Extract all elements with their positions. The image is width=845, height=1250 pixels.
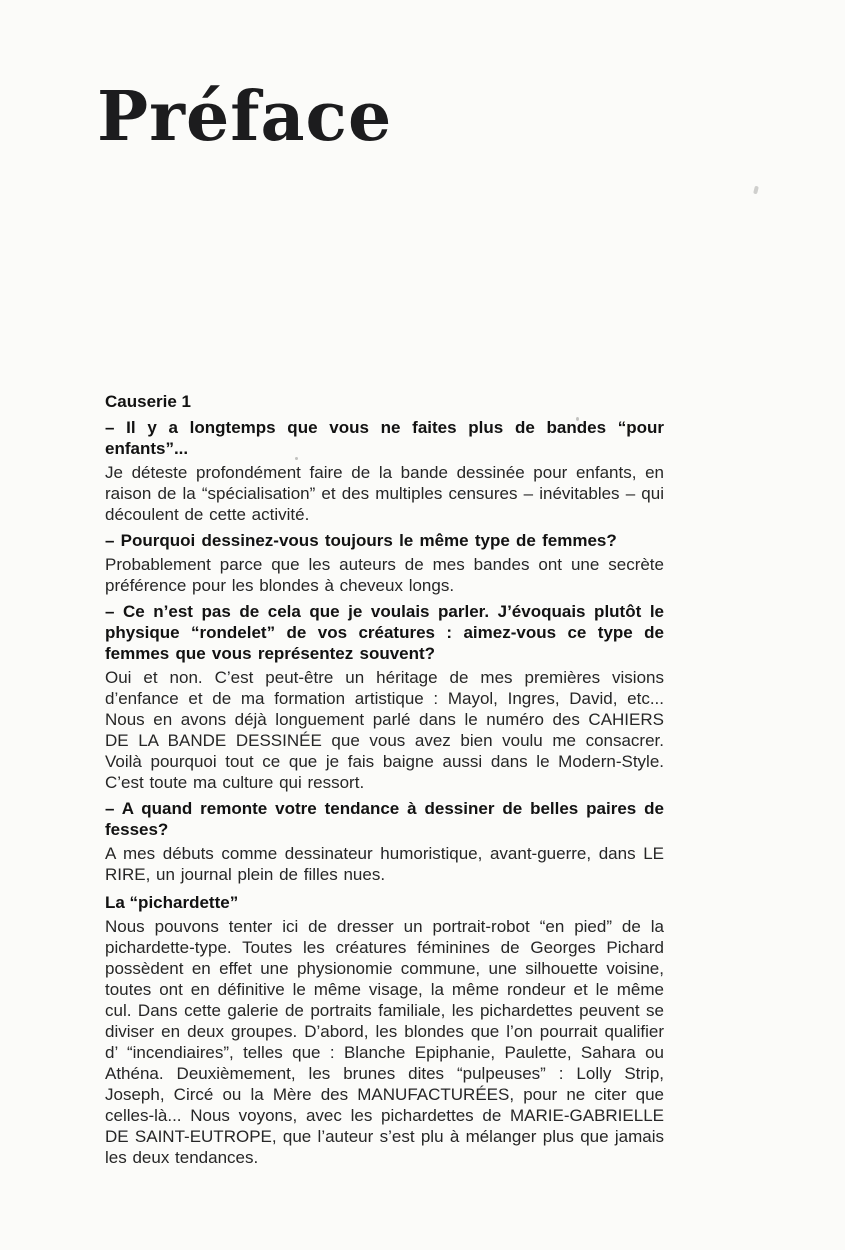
interview-answer-4: A mes débuts comme dessinateur humoristi… xyxy=(105,843,664,885)
section-heading-pichardette: La “pichardette” xyxy=(105,892,664,913)
scan-speck xyxy=(753,186,759,195)
interview-answer-1: Je déteste profondément faire de la band… xyxy=(105,462,664,525)
section-heading-causerie: Causerie 1 xyxy=(105,391,664,412)
scanned-book-page: Préface Causerie 1 – Il y a longtemps qu… xyxy=(0,0,845,1250)
scan-speck xyxy=(576,417,579,421)
interview-question-3: – Ce n’est pas de cela que je voulais pa… xyxy=(105,601,664,664)
body-text-column: Causerie 1 – Il y a longtemps que vous n… xyxy=(105,391,664,1168)
interview-answer-3: Oui et non. C’est peut-être un héritage … xyxy=(105,667,664,793)
interview-question-1: – Il y a longtemps que vous ne faites pl… xyxy=(105,417,664,459)
pichardette-paragraph: Nous pouvons tenter ici de dresser un po… xyxy=(105,916,664,1168)
interview-question-4: – A quand remonte votre tendance à dessi… xyxy=(105,798,664,840)
scan-speck xyxy=(295,457,298,460)
interview-answer-2: Probablement parce que les auteurs de me… xyxy=(105,554,664,596)
page-title: Préface xyxy=(97,82,392,153)
interview-question-2: – Pourquoi dessinez-vous toujours le mêm… xyxy=(105,530,664,551)
